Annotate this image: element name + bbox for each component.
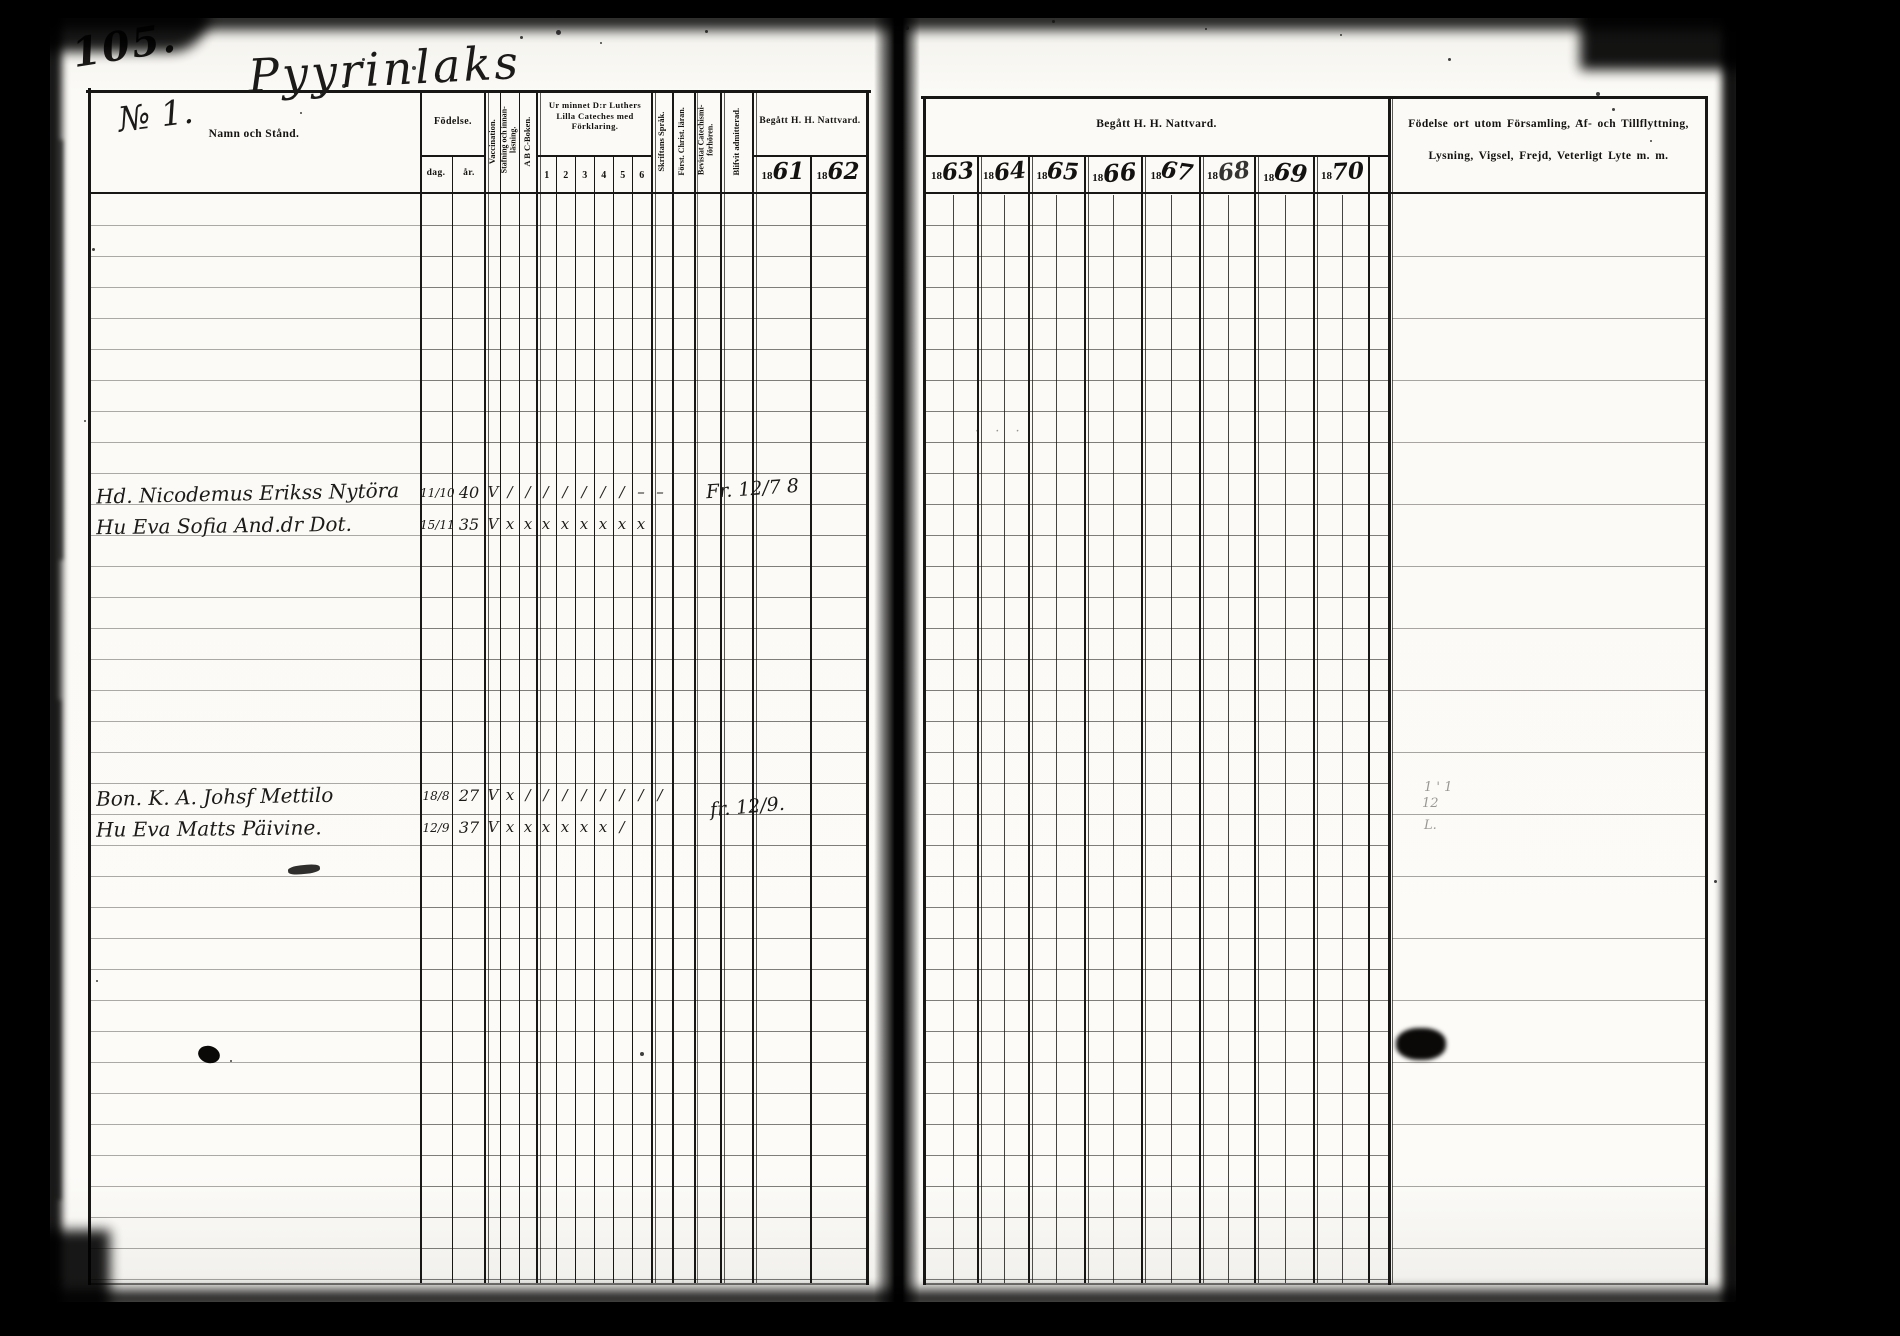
rule-line-vertical <box>1088 155 1089 1283</box>
entry-name: Hu Eva Sofia And.dr Dot. <box>96 511 426 540</box>
entry-mark: / <box>613 483 631 501</box>
rule-line-vertical <box>1203 155 1204 1283</box>
entry-mark: x <box>613 515 631 533</box>
scan-corner-bottom-left <box>0 1230 110 1336</box>
rule-line-vertical <box>1113 195 1114 1283</box>
left-year-1862: 1862 <box>812 158 864 185</box>
entry-mark: x <box>556 818 574 836</box>
page-fold-shadow <box>874 16 920 1304</box>
scan-speck <box>1714 880 1717 883</box>
year-written: 68 <box>1216 156 1251 187</box>
rule-line-vertical <box>1171 195 1172 1283</box>
rule-line-vertical <box>1285 195 1286 1283</box>
right-year-1863: 1863 <box>928 158 977 185</box>
rule-line-vertical <box>556 157 557 1283</box>
entry-mark: x <box>501 786 519 804</box>
rule-line-vertical <box>500 92 501 1283</box>
scan-border-bottom-ragged <box>30 1290 1750 1308</box>
left-year-1861: 1861 <box>758 158 808 185</box>
rule-line-horizontal <box>923 155 1390 157</box>
rule-line-vertical <box>1056 195 1057 1283</box>
catechism-number-4: 4 <box>595 170 613 181</box>
year-printed: 18 <box>761 170 772 182</box>
rule-line-vertical <box>981 155 982 1283</box>
rule-line-vertical <box>1228 195 1229 1283</box>
entry-birth-year: 40 <box>452 483 486 502</box>
scan-speck <box>905 26 909 30</box>
rule-line-vertical <box>484 92 486 1283</box>
right-communion-header: Begått H. H. Nattvard. <box>923 118 1390 130</box>
scan-speck <box>705 30 708 33</box>
vaccination-column-header: Vaccination. <box>488 94 497 189</box>
entry-mark: / <box>556 483 574 501</box>
entry-mark: x <box>632 515 650 533</box>
right-year-1864: 1864 <box>981 158 1028 185</box>
year-written: 63 <box>941 157 975 186</box>
catechism-number-3: 3 <box>576 170 594 181</box>
rule-line-vertical <box>1028 155 1030 1283</box>
rule-line-vertical <box>1313 155 1315 1283</box>
birth-header: Födelse. <box>420 116 486 127</box>
rule-line-horizontal <box>88 1283 869 1285</box>
scan-speck <box>600 42 602 44</box>
year-written: 64 <box>993 156 1028 186</box>
rule-line-vertical <box>1141 155 1143 1283</box>
faint-mark: 12 <box>1422 796 1439 811</box>
entry-mark: / <box>575 786 593 804</box>
faint-mark: L. <box>1424 818 1437 833</box>
entry-mark: – <box>651 483 669 501</box>
rule-line-horizontal <box>752 155 866 157</box>
entry-mark: / <box>519 483 537 501</box>
christian-doctrine-column-header: Först. Christ. läran. <box>678 94 687 189</box>
faint-mark: 1 ' 1 <box>1424 780 1452 795</box>
right-year-1870: 1870 <box>1317 158 1368 185</box>
rule-line-vertical <box>651 92 653 1283</box>
rule-line-vertical <box>752 92 754 1283</box>
rule-line-vertical <box>613 157 614 1283</box>
year-written: 61 <box>772 158 804 185</box>
scan-border-right <box>1736 0 1900 1336</box>
entry-mark: V <box>484 515 502 533</box>
catechism-number-6: 6 <box>633 170 651 181</box>
right-year-1867: 1867 <box>1145 158 1199 185</box>
right-year-1865: 1865 <box>1032 158 1084 185</box>
scan-speck <box>1596 92 1600 96</box>
entry-mark: V <box>484 483 502 501</box>
rule-line-vertical <box>1342 195 1343 1283</box>
scan-border-right-ragged <box>1722 0 1744 1336</box>
rule-line-vertical <box>923 96 926 1285</box>
rule-line-vertical <box>756 92 757 1283</box>
entry-birth-day: 12/9 <box>420 821 452 835</box>
rule-line-vertical <box>1004 195 1005 1283</box>
right-year-1869: 1869 <box>1258 158 1313 187</box>
entry-mark: x <box>519 515 537 533</box>
entry-name: Hu Eva Matts Päivine. <box>96 814 426 841</box>
scan-speck <box>230 1060 232 1062</box>
notes-column-header-line1: Födelse ort utom Församling, Af- och Til… <box>1392 118 1705 130</box>
entry-mark: – <box>632 483 650 501</box>
ink-stain <box>1396 1028 1446 1060</box>
entry-mark: / <box>537 483 555 501</box>
scan-speck <box>438 75 440 77</box>
year-printed: 18 <box>983 170 994 182</box>
rule-line-horizontal <box>420 155 486 157</box>
rule-line-vertical <box>694 92 696 1283</box>
rule-line-vertical <box>536 92 538 1283</box>
year-printed: 18 <box>816 170 827 182</box>
rule-line-vertical <box>420 92 422 1283</box>
rule-line-vertical <box>1368 155 1370 1283</box>
rule-line-vertical <box>1084 155 1086 1283</box>
entry-mark: V <box>484 786 502 804</box>
entry-mark: x <box>537 818 555 836</box>
year-printed: 18 <box>1092 172 1103 184</box>
scan-speck <box>412 66 416 70</box>
entry-mark: x <box>537 515 555 533</box>
name-column-header: Namn och Stånd. <box>88 128 420 140</box>
rule-line-vertical <box>724 92 725 1283</box>
rule-line-vertical <box>866 90 869 1285</box>
entry-mark: V <box>484 818 502 836</box>
abc-book-column-header: A B C-Boken. <box>523 94 532 189</box>
rule-line-vertical <box>810 155 812 1283</box>
entry-birth-year: 35 <box>452 515 486 534</box>
entry-mark: / <box>501 483 519 501</box>
rule-line-vertical <box>1032 155 1033 1283</box>
rule-line-vertical <box>1145 155 1146 1283</box>
scan-speck <box>1052 20 1055 23</box>
entry-mark: / <box>613 818 631 836</box>
scan-speck <box>1205 28 1207 30</box>
year-written: 67 <box>1160 156 1195 187</box>
rule-line-vertical <box>632 157 633 1283</box>
rule-line-vertical <box>1317 155 1318 1283</box>
rule-line-vertical <box>697 92 698 1283</box>
faint-mark: · · · <box>975 424 1026 439</box>
reading-column-header: Stafning och innan- läsning. <box>501 92 519 187</box>
rule-line-vertical <box>452 155 453 1283</box>
catechism-number-2: 2 <box>557 170 575 181</box>
entry-mark: / <box>632 786 650 804</box>
rule-line-vertical <box>1388 96 1391 1285</box>
entry-mark: x <box>594 515 612 533</box>
right-grid-rules <box>925 225 1390 1281</box>
rule-line-vertical <box>1199 155 1201 1283</box>
rule-line-vertical <box>1258 155 1259 1283</box>
rule-line-horizontal <box>921 96 1707 99</box>
rule-line-vertical <box>655 92 656 1283</box>
rule-line-vertical <box>977 155 979 1283</box>
admitted-column-header: Blifvit admitterad. <box>732 94 741 189</box>
scan-speck <box>96 980 98 982</box>
entry-mark: / <box>556 786 574 804</box>
scan-speck <box>556 30 561 35</box>
year-printed: 18 <box>1321 170 1332 182</box>
rule-line-vertical <box>88 88 91 1285</box>
catechism-number-5: 5 <box>614 170 632 181</box>
entry-mark: x <box>594 818 612 836</box>
entry-mark: / <box>594 786 612 804</box>
rule-line-vertical <box>594 157 595 1283</box>
year-written: 66 <box>1102 157 1138 189</box>
rule-line-vertical <box>519 92 520 1283</box>
rule-line-vertical <box>488 92 489 1283</box>
scan-speck <box>342 84 346 88</box>
scan-speck <box>520 36 523 39</box>
scan-border-left-streak <box>58 140 63 560</box>
entry-mark: x <box>519 818 537 836</box>
scan-speck <box>640 1052 644 1056</box>
scan-speck <box>362 58 365 61</box>
entry-birth-day: 15/11 <box>420 518 452 532</box>
entry-birth-year: 37 <box>452 818 486 837</box>
scan-speck <box>320 92 323 95</box>
right-year-1868: 1868 <box>1203 158 1254 185</box>
scan-speck <box>1612 108 1615 111</box>
entry-birth-year: 27 <box>452 786 486 805</box>
rule-line-vertical <box>953 195 954 1283</box>
scan-speck <box>1340 34 1342 36</box>
scan-speck <box>84 420 86 422</box>
rule-line-vertical <box>672 92 674 1283</box>
rule-line-vertical <box>1254 155 1256 1283</box>
scan-speck <box>92 248 95 251</box>
birth-year-subheader: år. <box>452 168 486 178</box>
entry-birth-day: 18/8 <box>420 789 452 803</box>
rule-line-vertical <box>720 92 722 1283</box>
year-written: 65 <box>1047 157 1080 186</box>
year-written: 70 <box>1331 157 1364 186</box>
right-year-1866: 1866 <box>1088 158 1141 187</box>
rule-line-vertical <box>540 92 541 1283</box>
rule-line-vertical <box>575 157 576 1283</box>
scanned-register-spread: 105. Pyyrinlaks № 1. Namn och Stånd. Föd… <box>0 0 1900 1336</box>
entry-birth-day: 11/10 <box>420 486 452 500</box>
year-written: 62 <box>827 158 859 185</box>
entry-mark: / <box>594 483 612 501</box>
right-notes-rules <box>1392 256 1705 1282</box>
entry-mark: x <box>501 515 519 533</box>
notes-column-header-line2: Lysning, Vigsel, Frejd, Veterligt Lyte m… <box>1392 150 1705 162</box>
attended-exams-column-header: Bevistat Catechismi- förhören. <box>698 92 716 187</box>
entry-mark: x <box>501 818 519 836</box>
scan-border-left-streak2 <box>56 700 61 1200</box>
scan-speck <box>388 82 391 85</box>
entry-mark: x <box>575 818 593 836</box>
rule-line-horizontal <box>923 1283 1705 1285</box>
entry-mark: / <box>613 786 631 804</box>
scan-speck <box>1650 140 1652 142</box>
entry-mark: / <box>519 786 537 804</box>
year-printed: 18 <box>1207 170 1218 182</box>
year-printed: 18 <box>931 170 942 182</box>
left-name-column-rules <box>90 225 420 1281</box>
entry-mark: / <box>651 786 669 804</box>
entry-mark: / <box>537 786 555 804</box>
scan-speck <box>1448 58 1451 61</box>
entry-mark: / <box>575 483 593 501</box>
entry-mark: x <box>556 515 574 533</box>
script-language-column-header: Skriftans Språk. <box>657 94 666 189</box>
left-communion-header: Begått H. H. Nattvard. <box>754 116 866 126</box>
scan-speck <box>1580 120 1582 122</box>
scan-corner-top-left <box>0 0 210 52</box>
scan-speck <box>300 112 302 114</box>
birth-day-subheader: dag. <box>420 168 452 178</box>
entry-mark: x <box>575 515 593 533</box>
year-written: 69 <box>1273 156 1309 188</box>
rule-line-vertical <box>1705 96 1708 1285</box>
rule-line-vertical <box>1392 96 1393 1283</box>
catechism-header: Ur minnet D:r Luthers Lilla Cateches med… <box>539 100 651 132</box>
catechism-number-1: 1 <box>538 170 556 181</box>
